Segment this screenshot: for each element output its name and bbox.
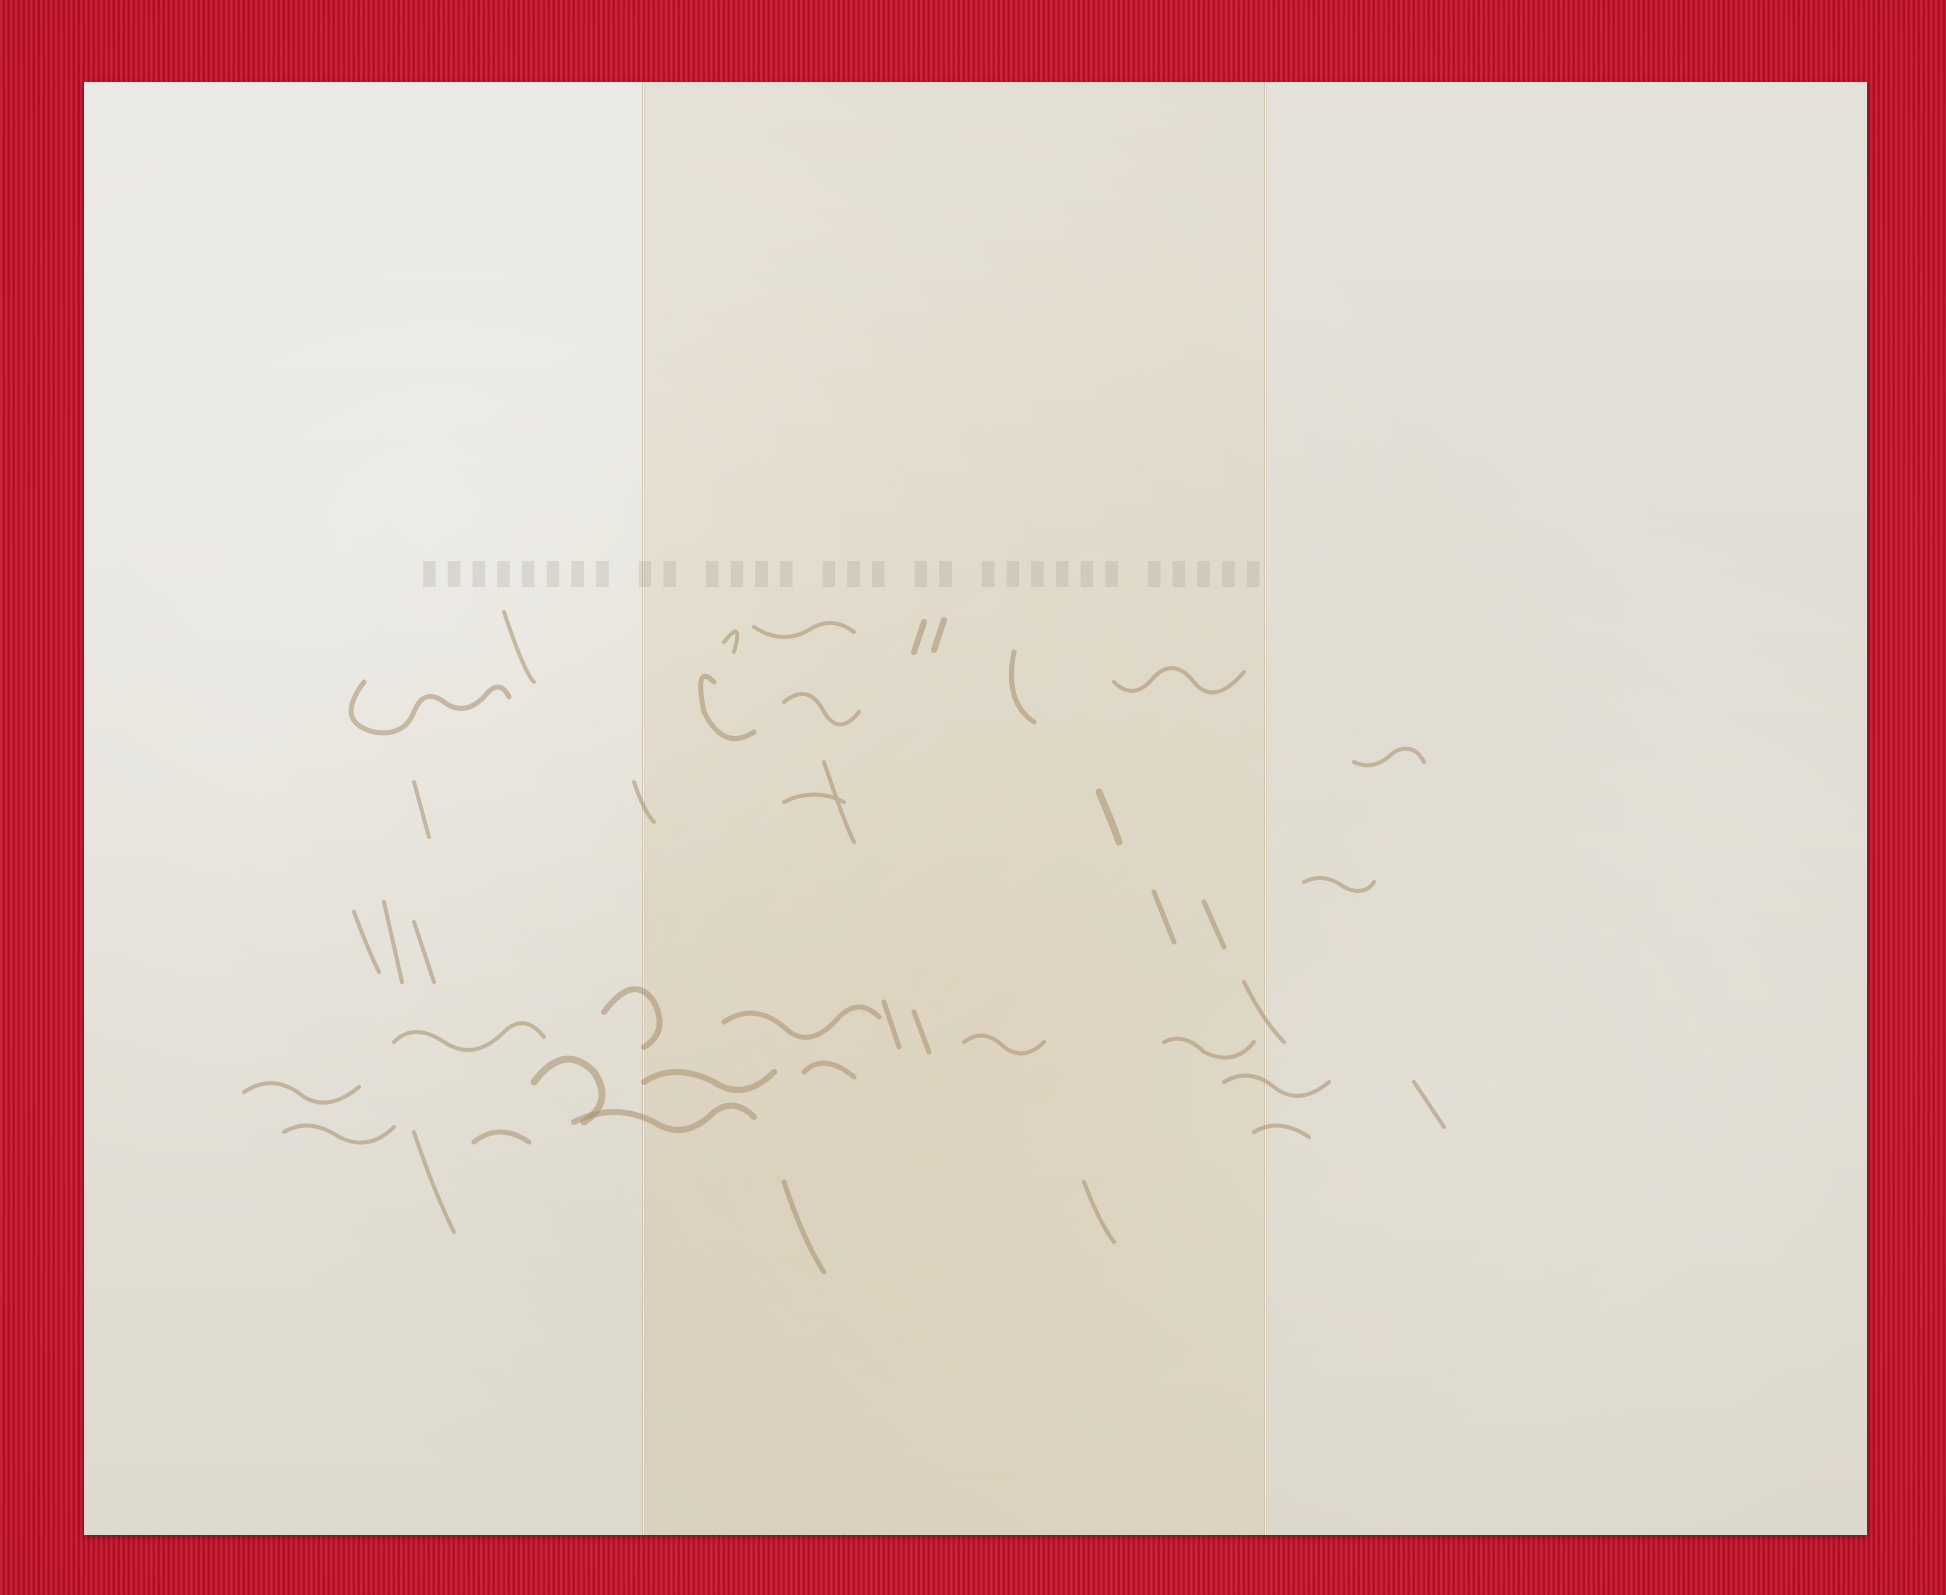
document-sheet: ▮▮▮▮▮ ▮▮▮▮▮▮ ▮▮ ▮▮▮ ▮▮▮▮ ▮▮ ▮▮▮▮▮▮▮▮ [84, 82, 1867, 1535]
bleed-through-handwriting [84, 82, 1867, 1535]
